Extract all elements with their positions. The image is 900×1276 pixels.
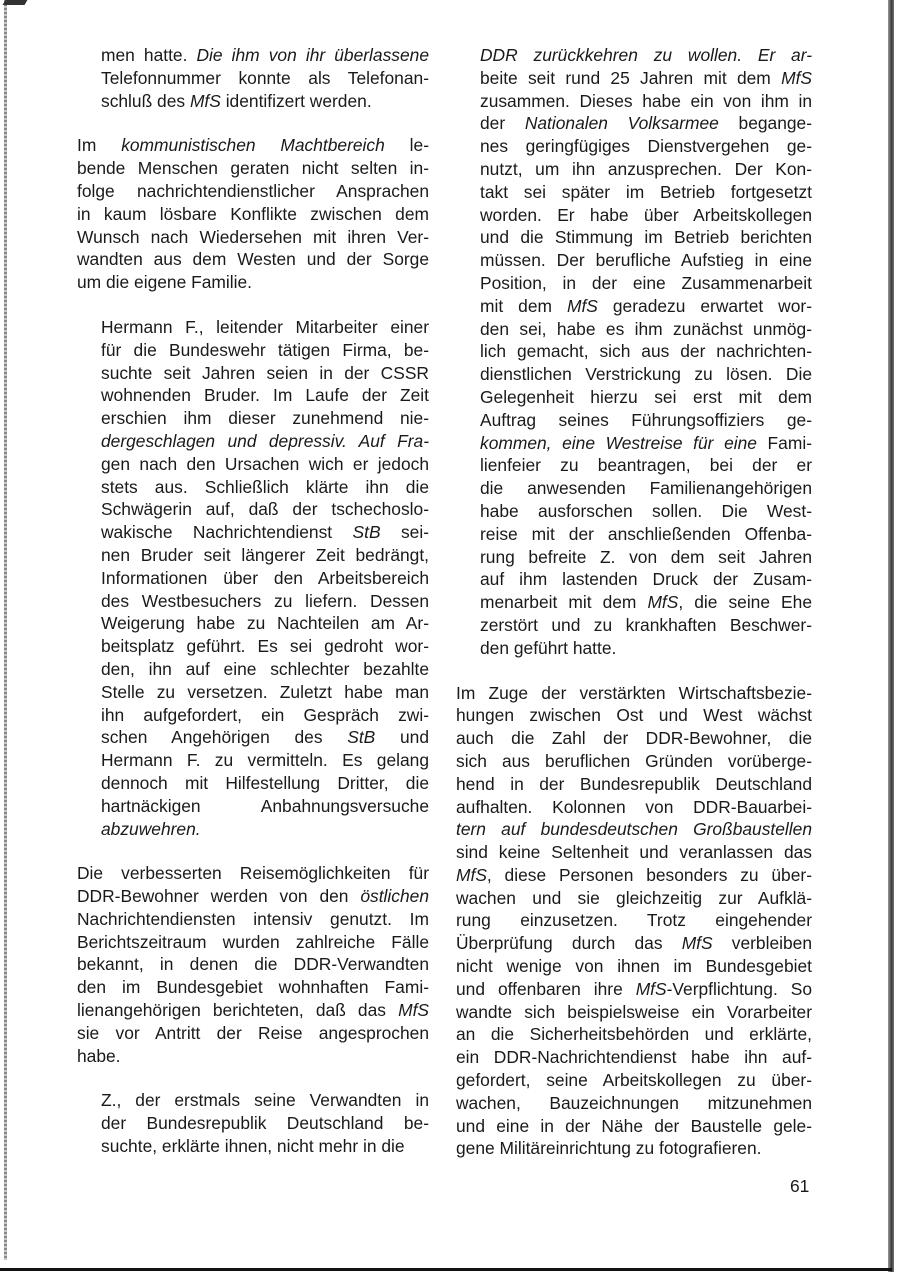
text-line: gen nach den Ursachen wich er jedoch [101,453,429,476]
text-line: gene Militäreinrichtung zu fotografieren… [456,1137,812,1160]
text-line: erschien ihm dieser zunehmend nie- [101,407,429,430]
text-line: hend in der Bundesrepublik Deutschland [456,773,812,796]
text-line: dienstlichen Verstrickung zu lösen. Die [480,363,812,386]
italic-emphasis: MfS [456,865,487,885]
text-line: stets aus. Schließlich klärte ihn die [101,476,429,499]
text-line: beite seit rund 25 Jahren mit dem MfS [480,67,812,90]
paragraph-gap [77,112,429,134]
text-line: MfS, diese Personen besonders zu über- [456,864,812,887]
text-line: und eine in der Nähe der Baustelle gele- [456,1115,812,1138]
text-line: an die Sicherheitsbehörden und erklärte, [456,1023,812,1046]
text-line: wandte sich beispielsweise ein Vorarbeit… [456,1001,812,1024]
text-line: habe ausforschen sollen. Die West- [480,500,812,523]
text-line: auf ihm lastenden Druck der Zusam- [480,568,812,591]
text-line: hungen zwischen Ost und West wächst [456,704,812,727]
text-line: für die Bundeswehr tätigen Firma, be- [101,339,429,362]
paragraph-gap [77,294,429,316]
text-line: müssen. Der berufliche Aufstieg in eine [480,249,812,272]
text-line: reise mit der anschließenden Offenba- [480,523,812,546]
text-line: Berichtszeitraum wurden zahlreiche Fälle [77,931,429,954]
scan-page-edge-bottom [0,1268,892,1271]
text-line: gefordert, seine Arbeitskollegen zu über… [456,1069,812,1092]
text-line: Telefonnummer konnte als Telefonan- [101,67,429,90]
text-line: Die verbesserten Reisemöglichkeiten für [77,862,429,885]
text-line: auch die Zahl der DDR-Bewohner, die [456,727,812,750]
text-line: nen Bruder seit längerer Zeit bedrängt, [101,544,429,567]
scan-page-corner [3,0,28,5]
text-line: sich aus beruflichen Gründen vorüberge- [456,750,812,773]
italic-emphasis: MfS [567,296,598,316]
text-line: Hermann F. zu vermitteln. Es gelang [101,749,429,772]
text-line: sind keine Seltenheit und veranlassen da… [456,841,812,864]
text-line: worden. Er habe über Arbeitskollegen [480,204,812,227]
text-line: hartnäckigen Anbahnungsversuche [101,795,429,818]
text-line: suchte seit Jahren seien in der CSSR [101,362,429,385]
italic-emphasis: Nationalen Volksarmee [525,113,719,133]
right-column: DDR zurückkehren zu wollen. Er ar-beite … [456,44,812,1160]
text-line: Position, in der eine Zusammenarbeit [480,272,812,295]
italic-emphasis: MfS [190,91,221,111]
text-line: beitsplatz geführt. Es sei gedroht wor- [101,635,429,658]
text-line: ein DDR-Nachrichtendienst habe ihn auf- [456,1046,812,1069]
text-line: Auftrag seines Führungsoffiziers ge- [480,409,812,432]
text-line: habe. [77,1045,429,1068]
text-line: schluß des MfS identifizert werden. [101,90,429,113]
text-line: Gelegenheit hierzu sei erst mit dem [480,386,812,409]
text-line: nes geringfügiges Dienstvergehen ge- [480,135,812,158]
text-line: Schwägerin auf, daß der tschechoslo- [101,498,429,521]
text-line: wohnenden Bruder. Im Laufe der Zeit [101,384,429,407]
italic-emphasis: MfS [398,1000,429,1020]
text-line: der Nationalen Volksarmee begange- [480,112,812,135]
text-line: Z., der erstmals seine Verwandten in [101,1089,429,1112]
text-line: Überprüfung durch das MfS verbleiben [456,932,812,955]
text-line: den geführt hatte. [480,637,812,660]
italic-emphasis: DDR zurückkehren zu wollen. Er ar- [480,45,812,65]
text-line: rung befreite Z. von dem seit Jahren [480,546,812,569]
text-line: schen Angehörigen des StB und [101,726,429,749]
paragraph-travel-opportunities: Die verbesserten Reisemöglichkeiten fürD… [77,862,429,1067]
text-line: der Bundesrepublik Deutschland be- [101,1112,429,1135]
text-line: Weigerung habe zu Nachteilen am Ar- [101,612,429,635]
text-line: Stelle zu versetzen. Zuletzt habe man [101,681,429,704]
text-line: tern auf bundesdeutschen Großbaustellen [456,818,812,841]
italic-emphasis: Die ihm von ihr überlassene [196,45,429,65]
italic-emphasis: MfS [781,68,812,88]
text-line: um die eigene Familie. [77,271,429,294]
text-line: nicht wenige von ihnen im Bundesgebiet [456,955,812,978]
text-line: in kaum lösbare Konflikte zwischen dem [77,203,429,226]
italic-emphasis: Fra- [397,431,429,451]
paragraph-case-hermann-f: Hermann F., leitender Mitarbeiter einerf… [77,316,429,840]
text-line: sie vor Antritt der Reise angesprochen [77,1022,429,1045]
text-line: lich gemacht, sich aus der nachrichten- [480,340,812,363]
text-line: takt sei später im Betrieb fortgesetzt [480,181,812,204]
paragraph-gap [77,840,429,862]
text-line: lienfeier zu beantragen, bei der er [480,454,812,477]
text-line: folge nachrichtendienstlicher Ansprachen [77,180,429,203]
text-line: den im Bundesgebiet wohnhaften Fami- [77,976,429,999]
text-line: Im kommunistischen Machtbereich le- [77,134,429,157]
italic-emphasis: MfS [636,979,667,999]
paragraph-economic-relations: Im Zuge der verstärkten Wirtschaftsbezie… [456,682,812,1161]
italic-emphasis: StB [353,522,381,542]
text-line: lienangehörigen berichteten, daß das MfS [77,999,429,1022]
scan-page-edge-right [888,0,894,1272]
italic-emphasis: kommunistischen Machtbereich [121,135,385,155]
text-line: zerstört und zu krankhaften Beschwer- [480,614,812,637]
text-line: nutzt, um ihn anzusprechen. Der Kon- [480,158,812,181]
italic-emphasis: abzuwehren. [101,819,201,839]
text-line: DDR zurückkehren zu wollen. Er ar- [480,44,812,67]
text-line: bende Menschen geraten nicht selten in- [77,157,429,180]
text-line: ihn aufgefordert, ein Gespräch zwi- [101,704,429,727]
text-line: den, ihn auf eine schlechter bezahlte [101,658,429,681]
text-line: und offenbaren ihre MfS-Verpflichtung. S… [456,978,812,1001]
text-line: suchte, erklärte ihnen, nicht mehr in di… [101,1135,429,1158]
text-line: abzuwehren. [101,818,429,841]
text-line: bekannt, in denen die DDR-Verwandten [77,953,429,976]
text-line: menarbeit mit dem MfS, die seine Ehe [480,591,812,614]
italic-emphasis: StB [347,727,375,747]
paragraph-case-z-start: Z., der erstmals seine Verwandten inder … [77,1089,429,1157]
paragraph-gap [456,660,812,682]
text-line: Informationen über den Arbeitsbereich [101,567,429,590]
page-number: 61 [790,1176,809,1197]
text-line: Im Zuge der verstärkten Wirtschaftsbezie… [456,682,812,705]
text-line: men hatte. Die ihm von ihr überlassene [101,44,429,67]
italic-emphasis: östlichen [360,886,429,906]
paragraph-communist-sphere: Im kommunistischen Machtbereich le-bende… [77,134,429,294]
paragraph-gap [77,1067,429,1089]
text-line: wachen und sie gleichzeitig zur Aufklä- [456,887,812,910]
scan-page-edge-left [4,0,7,1260]
italic-emphasis: MfS [682,933,713,953]
text-line: wachen, Bauzeichnungen mitzunehmen [456,1092,812,1115]
text-line: DDR-Bewohner werden von den östlichen [77,885,429,908]
text-line: Hermann F., leitender Mitarbeiter einer [101,316,429,339]
text-line: mit dem MfS geradezu erwartet wor- [480,295,812,318]
text-line: des Westbesuchers zu liefern. Dessen [101,590,429,613]
text-line: wakische Nachrichtendienst StB sei- [101,521,429,544]
italic-emphasis: dergeschlagen und depressiv. Auf [101,431,385,451]
italic-emphasis: tern auf bundesdeutschen Großbaustellen [456,819,812,839]
text-line: dergeschlagen und depressiv. Auf Fra- [101,430,429,453]
paragraph-case-z-continuation: DDR zurückkehren zu wollen. Er ar-beite … [456,44,812,660]
paragraph-case-continuation: men hatte. Die ihm von ihr überlasseneTe… [77,44,429,112]
text-line: Wunsch nach Wiedersehen mit ihren Ver- [77,226,429,249]
text-line: die anwesenden Familienangehörigen [480,477,812,500]
text-line: wandten aus dem Westen und der Sorge [77,248,429,271]
text-line: den sei, habe es ihm zunächst unmög- [480,318,812,341]
italic-emphasis: MfS [647,592,678,612]
text-line: rung einzusetzen. Trotz eingehender [456,909,812,932]
text-line: Nachrichtendiensten intensiv genutzt. Im [77,908,429,931]
text-line: dennoch mit Hilfestellung Dritter, die [101,772,429,795]
text-line: aufhalten. Kolonnen von DDR-Bauarbei- [456,796,812,819]
text-line: und die Stimmung im Betrieb berichten [480,226,812,249]
text-line: kommen, eine Westreise für eine Fami- [480,432,812,455]
left-column: men hatte. Die ihm von ihr überlasseneTe… [77,44,429,1158]
text-line: zusammen. Dieses habe ein von ihm in [480,90,812,113]
italic-emphasis: kommen, eine Westreise für eine [480,433,757,453]
